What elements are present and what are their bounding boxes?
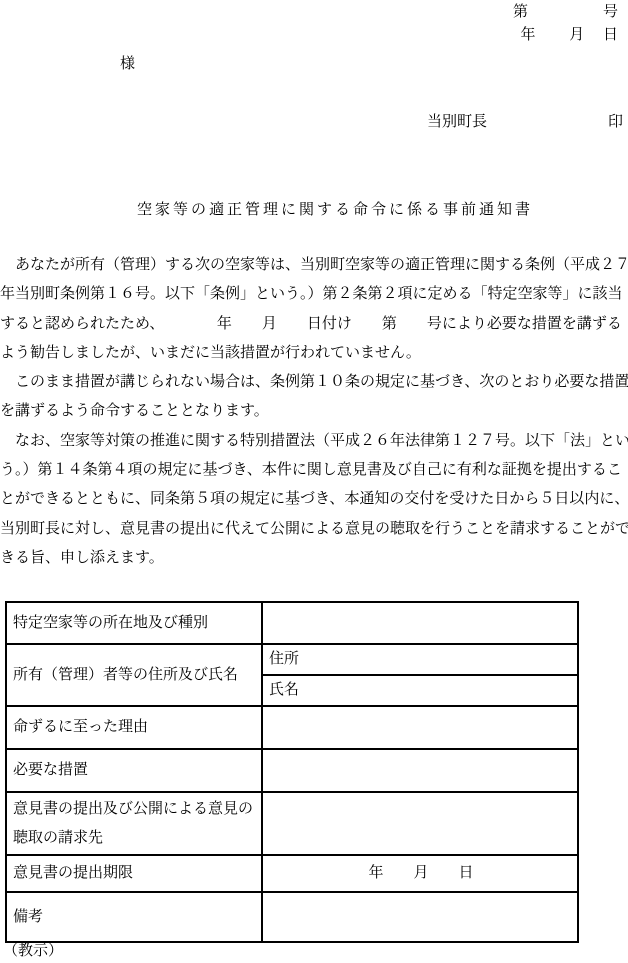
owner-address-cell: 住所 <box>262 644 578 675</box>
reason-value-cell <box>262 706 578 749</box>
table-row-location: 特定空家等の所在地及び種別 <box>6 602 578 644</box>
measures-value-cell <box>262 749 578 792</box>
body-text: あなたが所有（管理）する次の空家等は、当別町空家等の適正管理に関する条例（平成２… <box>0 251 628 573</box>
sender-line: 当別町長 印 <box>0 112 628 132</box>
owner-label-cell: 所有（管理）者等の住所及び氏名 <box>6 644 262 706</box>
table-row-remarks: 備考 <box>6 892 578 942</box>
gyoji-note: （教示） <box>3 941 63 961</box>
document-title: 空家等の適正管理に関する命令に係る事前通知書 <box>137 200 533 220</box>
sender-title: 当別町長 <box>427 112 487 132</box>
body-line: すると認められたため、 年 月 日付け 第 号により必要な措置を講ずる <box>0 310 628 339</box>
date-line: 年 月 日 <box>0 25 628 45</box>
table-row-submission: 意見書の提出及び公開による意見の聴取の請求先 <box>6 792 578 855</box>
body-line: よう勧告しましたが、いまだに当該措置が行われていません。 <box>0 339 628 368</box>
body-line: とができるとともに、同条第５項の規定に基づき、本通知の交付を受けた日から５日以内… <box>0 485 628 514</box>
addressee-suffix: 様 <box>120 54 135 74</box>
body-line: このまま措置が講じられない場合は、条例第１０条の規定に基づき、次のとおり必要な措… <box>0 368 628 397</box>
remarks-value-cell <box>262 892 578 942</box>
doc-number-line: 第 号 <box>0 2 628 22</box>
remarks-label-cell: 備考 <box>6 892 262 942</box>
measures-label-cell: 必要な措置 <box>6 749 262 792</box>
location-value-cell <box>262 602 578 644</box>
body-line: 年当別町条例第１６号。以下「条例」という。）第２条第２項に定める「特定空家等」に… <box>0 280 628 309</box>
deadline-label-cell: 意見書の提出期限 <box>6 855 262 892</box>
body-line: 当別町長に対し、意見書の提出に代えて公開による意見の聴取を行うことを請求すること… <box>0 515 628 544</box>
table-row-measures: 必要な措置 <box>6 749 578 792</box>
table-row-owner-address: 所有（管理）者等の住所及び氏名 住所 <box>6 644 578 675</box>
table-row-reason: 命ずるに至った理由 <box>6 706 578 749</box>
body-line: きる旨、申し添えます。 <box>0 544 628 573</box>
submission-label-cell: 意見書の提出及び公開による意見の聴取の請求先 <box>6 792 262 855</box>
body-line: を講ずるよう命令することとなります。 <box>0 397 628 426</box>
submission-value-cell <box>262 792 578 855</box>
owner-name-cell: 氏名 <box>262 675 578 706</box>
document-page: 第 号 年 月 日 様 当別町長 印 空家等の適正管理に関する命令に係る事前通知… <box>0 0 628 963</box>
table-row-deadline: 意見書の提出期限 年 月 日 <box>6 855 578 892</box>
deadline-value-cell: 年 月 日 <box>262 855 578 892</box>
notice-table: 特定空家等の所在地及び種別 所有（管理）者等の住所及び氏名 住所 氏名 命ずるに… <box>5 601 579 943</box>
location-label-cell: 特定空家等の所在地及び種別 <box>6 602 262 644</box>
body-line: あなたが所有（管理）する次の空家等は、当別町空家等の適正管理に関する条例（平成２… <box>0 251 628 280</box>
body-line: なお、空家等対策の推進に関する特別措置法（平成２６年法律第１２７号。以下「法」と… <box>0 427 628 456</box>
reason-label-cell: 命ずるに至った理由 <box>6 706 262 749</box>
seal-mark: 印 <box>608 112 623 132</box>
body-line: う。）第１４条第４項の規定に基づき、本件に関し意見書及び自己に有利な証拠を提出す… <box>0 456 628 485</box>
